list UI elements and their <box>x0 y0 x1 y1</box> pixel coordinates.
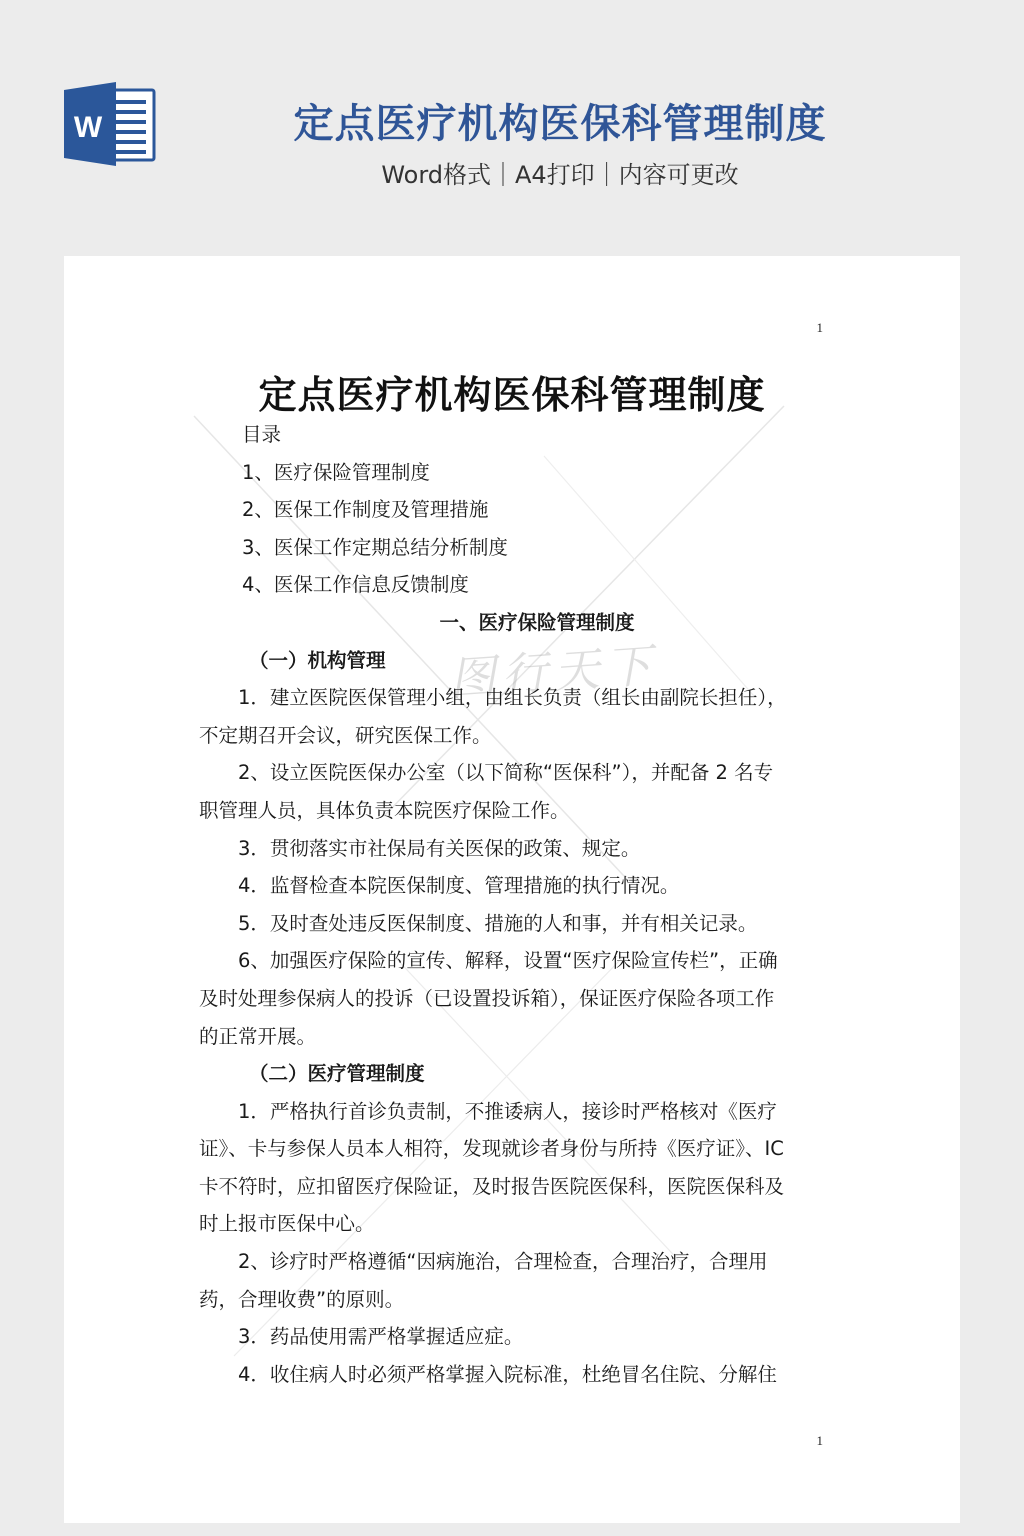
paragraph-line: 3．药品使用需严格掌握适应症。 <box>199 1318 825 1356</box>
toc-heading: 目录 <box>199 416 825 454</box>
page-number-bottom: 1 <box>817 1433 824 1449</box>
paragraph-line: 6、加强医疗保险的宣传、解释，设置“医疗保险宣传栏”，正确 <box>199 942 825 980</box>
paragraph-line: 1．严格执行首诊负责制，不推诿病人，接诊时严格核对《医疗 <box>199 1093 825 1131</box>
paragraph-line: 药，合理收费”的原则。 <box>199 1281 825 1319</box>
paragraph-line: 卡不符时，应扣留医疗保险证，及时报告医院医保科，医院医保科及 <box>199 1168 825 1206</box>
paragraph-line: 不定期召开会议，研究医保工作。 <box>199 717 825 755</box>
paragraph-line: 2、诊疗时严格遵循“因病施治，合理检查，合理治疗，合理用 <box>199 1243 825 1281</box>
toc-item: 2、医保工作制度及管理措施 <box>199 491 825 529</box>
subsection-heading: （二）医疗管理制度 <box>199 1055 825 1093</box>
document-title: 定点医疗机构医保科管理制度 <box>64 364 960 419</box>
paragraph-line: 3．贯彻落实市社保局有关医保的政策、规定。 <box>199 830 825 868</box>
toc-item: 3、医保工作定期总结分析制度 <box>199 529 825 567</box>
toc-item: 1、医疗保险管理制度 <box>199 454 825 492</box>
svg-text:W: W <box>74 111 103 144</box>
paragraph-line: 职管理人员，具体负责本院医疗保险工作。 <box>199 792 825 830</box>
paragraph-line: 4．收住病人时必须严格掌握入院标准，杜绝冒名住院、分解住 <box>199 1356 825 1394</box>
paragraph-line: 2、设立医院医保办公室（以下简称“医保科”），并配备 2 名专 <box>199 754 825 792</box>
paragraph-line: 及时处理参保病人的投诉（已设置投诉箱），保证医疗保险各项工作 <box>199 980 825 1018</box>
paragraph-line: 时上报市医保中心。 <box>199 1205 825 1243</box>
banner-title: 定点医疗机构医保科管理制度 <box>250 92 870 149</box>
subsection-heading: （一）机构管理 <box>199 642 825 680</box>
toc-item: 4、医保工作信息反馈制度 <box>199 566 825 604</box>
paragraph-line: 的正常开展。 <box>199 1018 825 1056</box>
document-body: 目录 1、医疗保险管理制度 2、医保工作制度及管理措施 3、医保工作定期总结分析… <box>199 416 825 1393</box>
word-document-icon: W <box>64 82 156 166</box>
banner-subtitle: Word格式｜A4打印｜内容可更改 <box>300 155 820 190</box>
paragraph-line: 5．及时查处违反医保制度、措施的人和事，并有相关记录。 <box>199 905 825 943</box>
paragraph-line: 证》、卡与参保人员本人相符，发现就诊者身份与所持《医疗证》、IC <box>199 1130 825 1168</box>
paragraph-line: 4．监督检查本院医保制度、管理措施的执行情况。 <box>199 867 825 905</box>
document-page: 图行天下 1 定点医疗机构医保科管理制度 目录 1、医疗保险管理制度 2、医保工… <box>64 256 960 1523</box>
page-number-top: 1 <box>817 320 824 336</box>
section-heading: 一、医疗保险管理制度 <box>199 604 825 642</box>
paragraph-line: 1．建立医院医保管理小组，由组长负责（组长由副院长担任）， <box>199 679 825 717</box>
